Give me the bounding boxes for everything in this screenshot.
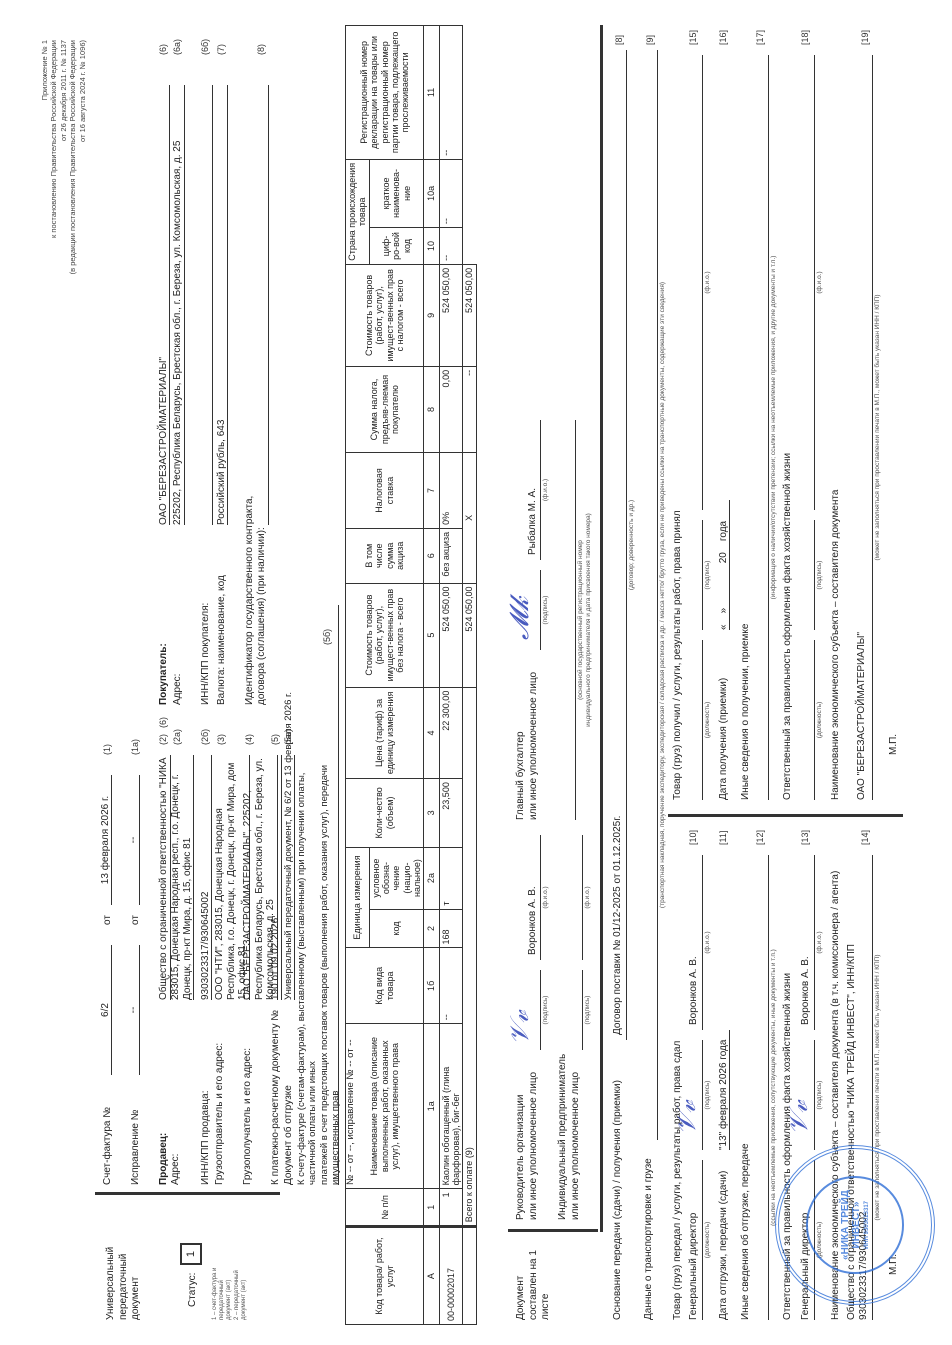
appendix-line: от 26 декабря 2011 г. № 1137 [59,40,68,274]
caption-fio: (ф.и.о.) [704,55,711,510]
goods-table: Код товара/ работ, услуг № п/п Наименова… [345,25,477,1325]
correction-label: Исправление № [130,1110,141,1185]
index-cell: 6 [424,528,439,583]
index-cell: А [424,1227,439,1325]
total-no-tax: 524 050,00 [463,583,476,687]
contract-value [256,85,269,525]
cell-declaration: -- [439,26,463,160]
basis-line [626,50,627,1040]
cell-tax-rate: 0% [439,453,463,529]
signature-divider [508,1229,598,1232]
caption-sign: (подпись) [704,1040,711,1150]
field-number: (2б) [200,729,210,745]
cell-name: Каолин обогащенный (глина фарфоровая), б… [439,1024,463,1189]
field-number: (6б) [200,39,210,55]
head-fio-line [540,835,541,960]
field-number: [9] [645,35,655,45]
cell-code: 00-00002017 [439,1227,463,1325]
sign-line [702,520,703,630]
stamp-place-label: М.П. [888,734,899,755]
transferred-name: Воронков А. В. [688,956,699,1025]
fio-line [702,855,703,1030]
field-number: [8] [614,35,624,45]
doc-type-title: Универсальный передаточный документ [105,1247,143,1320]
col-country: Страна происхождения товара [346,159,370,264]
basis-caption: (договор; доверенность и др.) [628,50,635,1040]
cell-num: 1 [439,1189,463,1227]
total-empty-cell [463,1227,476,1325]
field-number: (8) [256,44,266,55]
position-line [702,1160,703,1320]
index-cell: 11 [424,26,439,160]
appendix-line: от 16 августа 2024 г. № 1096) [78,40,87,274]
buyer-inn [200,85,213,525]
ship-date-value: "13" февраля 2026 года [718,1030,730,1150]
total-tax-rate: X [463,453,476,583]
field-number: (5) [270,734,280,745]
cell-country-code: -- [439,228,463,265]
accountant-label-line: или иное уполномоченное лицо [528,672,541,820]
currency-label: Валюта: наименование, код [216,575,227,705]
col-code: Код товара/ работ, услуг [346,1227,424,1325]
stamp-center: «НИКА ТРЕЙД ИНВЕСТ» ИНН 9303023317 [806,1176,903,1273]
caption-fio: (ф.и.о.) [542,420,549,560]
contract-label-line: договора (соглашения) (при наличии): [256,496,268,705]
head-label-line: Руководитель организации [515,1072,528,1220]
position-line [702,640,703,800]
header-divider [95,1192,280,1195]
field-number: (5б) [322,629,332,645]
col-unit-code: код [369,909,424,948]
caption-sign: (подпись) [542,570,549,650]
status-label: Статус: [187,1273,198,1307]
cell-qty: 23,500 [439,779,463,847]
responsible-signature: 𝒱𝓋 [784,1100,815,1135]
col-cost-with-tax: Стоимость товаров (работ, услуг), имущес… [346,264,424,366]
accountant-label: Главный бухгалтер или иное уполномоченно… [515,672,540,820]
field-number: (3) [216,734,226,745]
status-legend-line: передаточный [219,1268,226,1320]
status-legend-line: документ (акт) [226,1268,233,1320]
ip-label: Индивидуальный предприниматель или иное … [557,1054,582,1220]
doc-type-line: передаточный [118,1247,131,1320]
other-receive-caption: (информация о наличии/отсутствии претенз… [770,55,777,800]
field-number: [16] [718,30,728,45]
field-number: [14] [860,830,870,845]
field-number: [17] [755,30,765,45]
index-cell: 3 [424,779,439,847]
field-number: [18] [800,30,810,45]
index-cell: 10 [424,228,439,265]
caption-fio: (ф.и.о.) [704,855,711,1030]
responsible-name: Воронков А. В. [800,956,811,1025]
field-number: (2) [158,734,168,745]
shipment-doc-value: Универсальный передаточный документ, № 6… [283,755,295,1000]
appendix-line: к постановлению Правительства Российской… [49,40,58,274]
index-cell: 9 [424,264,439,366]
col-unit: Единица измерения [346,847,370,948]
col-country-code: циф-ро-вой код [369,228,424,265]
total-label: Всего к оплате (9) [463,687,476,1227]
index-cell: 1а [424,1024,439,1189]
receive-entity-label: Наименование экономического субъекта – с… [830,490,841,800]
fio-line [814,855,815,1030]
col-country-name: краткое наименова-ние [369,159,424,227]
other-ship-label: Иные сведения об отгрузке, передаче [740,1143,751,1320]
invoice-number: 6/2 [100,945,112,1075]
caption-fio: (ф.и.о.) [542,835,549,960]
caption-sign: (подпись) [584,970,591,1050]
column-divider [668,814,903,817]
caption-fio: (ф.и.о.) [816,55,823,510]
shipment-doc-label: Документ об отгрузке [283,1085,294,1185]
field-number: (1) [102,744,112,755]
buyer-inn-label: ИНН/КПП покупателя: [200,603,211,705]
index-cell: 10а [424,159,439,227]
consignee-label: Грузополучатель и его адрес: [242,1048,253,1185]
field-number: [10] [688,830,698,845]
ip-sign-line [582,970,583,1050]
company-stamp: «НИКА ТРЕЙД ИНВЕСТ» ИНН 9303023317 [775,1145,935,1305]
accountant-sign-line [540,570,541,650]
index-cell: 2 [424,909,439,948]
index-cell: 2а [424,847,439,909]
appendix-line: Приложение № 1 [40,40,49,274]
cell-unit-code: 168 [439,909,463,948]
cell-excise: без акциза [439,528,463,583]
sign-line [702,1040,703,1150]
total-tax-sum: -- [463,366,476,452]
index-cell: 7 [424,453,439,529]
caption-sign: (подпись) [816,1040,823,1150]
caption-fio: (ф.и.о.) [816,855,823,1030]
status-box: 1 [180,1243,202,1265]
entity-line [872,55,873,800]
ogrn-line [575,420,576,820]
doc-pages-note: Документ составлен на 1 листе [515,1250,553,1320]
other-receive-label: Иные сведения о получении, приемке [740,624,751,800]
col-price: Цена (тариф) за единицу измерения [346,687,424,779]
doc-type-line: Универсальный [105,1247,118,1320]
advance-text: К счету-фактуре (счетам-фактурам), выста… [296,745,319,1185]
transport-caption: (транспортная накладная, поручение экспе… [659,50,666,1140]
field-number: (6а) [172,39,182,55]
field-number: (4) [244,734,254,745]
stamp-text: «НИКА ТРЕЙД [840,1190,851,1260]
head-name: Воронков А. В. [527,886,538,955]
field-number: [15] [688,30,698,45]
seller-label: Продавец: [158,1133,169,1185]
head-label: Руководитель организации или иное уполно… [515,1072,540,1220]
accountant-name: Рыбалка М. А. [527,488,538,555]
index-cell: 1 [424,1189,439,1227]
correction-from-label: от [130,915,141,925]
receive-date-value[interactable]: « » 20 года [718,500,730,630]
seller-inn: 9303023317/930645002 [200,755,212,1000]
receive-date-label: Дата получения (приемки) [718,678,729,800]
contract-label: Идентификатор государственного контракта… [244,496,268,705]
position-line [814,640,815,800]
doc-pages-line: составлен на 1 [528,1250,541,1320]
field-number: [12] [755,830,765,845]
index-cell: 8 [424,366,439,452]
other-receive-line [768,55,769,800]
ship-date-label: Дата отгрузки, передачи (сдачи) [718,1171,729,1320]
field-number: (5а) [283,729,293,745]
buyer-address: 225202, Республика Беларусь, Брестская о… [172,85,185,525]
correction-number: -- [128,945,140,1075]
caption-sign: (подпись) [704,520,711,630]
transferred-position: Генеральный директор [688,1213,699,1320]
receive-entity-value: ОАО "БЕРЕЗАСТРОЙМАТЕРИАЛЫ" [856,632,867,800]
cell-price: 22 300,00 [439,687,463,779]
field-number: (1а) [130,739,140,755]
shipper-label: Грузоотправитель и его адрес: [214,1043,225,1185]
caption-position: (должность) [704,1160,711,1320]
col-num: № п/п [346,1189,424,1227]
accountant-fio-line [540,420,541,560]
entity-caption: (может не заполняться при проставлении п… [874,55,881,800]
received-label: Товар (груз) получил / услуги, результат… [672,510,683,800]
cell-cost-no-tax: 524 050,00 [439,583,463,687]
buyer-address-label: Адрес: [172,674,183,705]
status-legend-line: документ (акт) [241,1268,248,1320]
advance-underline [338,605,339,1185]
field-number: (7) [216,44,226,55]
status-legend: 1 – счет-фактура и передаточный документ… [212,1268,248,1320]
cell-kind-code: -- [439,948,463,1024]
col-tax-sum: Сумма налога, предъяв-ляемая покупателю [346,366,424,452]
total-with-tax: 524 050,00 [463,264,476,366]
transport-label: Данные о транспортировке и грузе [643,1158,654,1320]
sign-line [814,520,815,630]
table-total-row: Всего к оплате (9) 524 050,00 X -- 524 0… [463,26,476,1325]
section-divider [600,25,603,1232]
col-excise: В том числе сумма акциза [346,528,424,583]
ip-label-line: Индивидуальный предприниматель [557,1054,570,1220]
caption-fio: (ф.и.о.) [584,835,591,960]
stamp-text: ИНН 9303023317 [864,1201,870,1249]
ip-fio-line [582,835,583,960]
cell-country-name: -- [439,159,463,227]
invoice-date: 13 февраля 2026 г. [100,775,112,905]
stamp-text: ИНВЕСТ» [851,1202,862,1249]
doc-type-line: документ [130,1247,143,1320]
payment-doc-label: К платежно-расчетному документу № [270,1010,281,1185]
total-blank [463,26,476,265]
payment-doc-value: 190 от 09.02.2026 [270,755,282,1000]
caption-position: (должность) [704,640,711,800]
column-index-row: А 1 1а 1б 2 2а 3 4 5 6 7 8 9 10 10а 11 [424,26,439,1325]
table-header-row: Код товара/ работ, услуг № п/п Наименова… [346,26,370,1325]
cell-cost-with-tax: 524 050,00 [439,264,463,366]
head-sign-line [540,970,541,1050]
col-kind-code: Код вида товара [346,948,424,1024]
caption-position: (должность) [816,640,823,800]
head-signature: 𝒱𝓋 [505,1010,536,1045]
upd-document-page: Приложение № 1 к постановлению Правитель… [0,0,952,1345]
transferred-label: Товар (груз) передал / услуги, результат… [672,1041,683,1320]
index-cell: 1б [424,948,439,1024]
status-legend-line: 2 – передаточный [234,1268,241,1320]
index-cell: 4 [424,687,439,779]
basis-label: Основание передачи (сдачи) / получения (… [612,1080,623,1320]
col-tax-rate: Налоговая ставка [346,453,424,529]
caption-sign: (подпись) [816,520,823,630]
appendix-note: Приложение № 1 к постановлению Правитель… [40,40,87,274]
table-row: 00-00002017 1 Каолин обогащенный (глина … [439,26,463,1325]
col-cost-no-tax: Стоимость товаров (работ, услуг), имущес… [346,583,424,687]
fio-line [814,55,815,510]
field-number: (2а) [172,729,182,745]
col-name: Наименование товара (описание выполненны… [346,1024,424,1189]
seller-inn-label: ИНН/КПП продавца: [200,1091,211,1185]
seller-address: 283015, Донецкая Народная респ., г.о. До… [170,755,194,1000]
receive-responsible-label: Ответственный за правильность оформления… [782,453,793,800]
sign-line [814,1040,815,1150]
doc-pages-line: Документ [515,1250,528,1320]
transferred-signature: 𝒱𝓋 [672,1100,703,1135]
field-number: (6) [158,717,168,728]
other-ship-line [768,855,769,1320]
col-qty: Коли-чество (объем) [346,779,424,847]
field-number: [13] [800,830,810,845]
cell-tax-sum: 0,00 [439,366,463,452]
contract-label-line: Идентификатор государственного контракта… [244,496,256,705]
basis-value: Договор поставки № 01/12-2025 от 01.12.2… [612,816,623,1035]
seller-address-label: Адрес: [170,1154,181,1185]
caption-sign: (подпись) [542,970,549,1050]
other-ship-caption: (ссылки на неотъемлемые приложения, сопу… [770,855,777,1320]
col-declaration: Регистрационный номер декларации на това… [346,26,424,160]
fio-line [702,55,703,510]
appendix-line: (в редакции постановления Правительства … [68,40,77,274]
accountant-label-line: Главный бухгалтер [515,672,528,820]
cell-unit-name: т [439,847,463,909]
ogrn-caption-line: индивидуального предпринимателя и дата п… [585,420,593,820]
ogrn-caption-line: (основной государственный регистрационны… [577,420,585,820]
head-label-line: или иное уполномоченное лицо [528,1072,541,1220]
ogrn-caption: (основной государственный регистрационны… [577,420,593,820]
currency-value: Российский рубль, 643 [216,85,228,525]
invoice-number-label: Счет-фактура № [102,1107,113,1185]
col-unit-name: условное обозна-чение (нацио-нальное) [369,847,424,909]
transport-line [657,50,658,1140]
field-number: [19] [860,30,870,45]
correction-date: -- [128,775,140,905]
field-number: [11] [718,831,728,845]
index-cell: 5 [424,583,439,687]
accountant-signature: 𝓜𝓀 [505,597,536,640]
buyer-name: ОАО "БЕРЕЗАСТРОЙМАТЕРИАЛЫ" [158,85,170,525]
doc-pages-line: листе [540,1250,553,1320]
invoice-from-label: от [102,915,113,925]
ip-label-line: или иное уполномоченное лицо [570,1054,583,1220]
field-number: (6) [158,44,168,55]
buyer-label: Покупатель: [158,643,169,705]
